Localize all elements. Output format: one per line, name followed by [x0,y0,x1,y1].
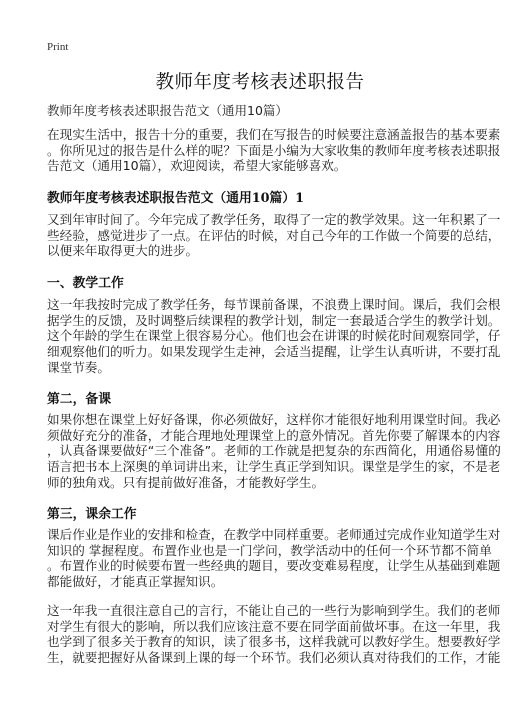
text-line: 些经验，感觉进步了一点。在评估的时候，对自己今年的工作做一个简要的总结， [47,228,475,244]
text-line: 课后作业是作业的安排和检查，在教学中同样重要。老师通过完成作业知道学生对 [47,527,475,543]
text-line: 在现实生活中，报告十分的重要，我们在写报告的时候要注意涵盖报告的基本要素 [47,127,475,143]
text-line: 。你所见过的报告是什么样的呢？下面是小编为大家收集的教师年度考核表述职报 [47,143,475,159]
text-line: 对学生有很大的影响，所以我们应该注意不要在同学面前做坏事。在这一年里，我 [47,619,475,635]
text-line: 又到年审时间了。今年完成了教学任务，取得了一定的教学效果。这一年积累了一 [47,212,475,228]
teaching-paragraph: 这一年我按时完成了教学任务，每节课前备课，不浪费上课时间。课后，我们会根 据学生… [47,297,475,376]
text-line: 也学到了很多关于教育的知识，读了很多书，这样我就可以教好学生。想要教好学 [47,634,475,650]
section-heading-after-class: 第三，课余工作 [47,503,137,522]
opening-paragraph: 又到年审时间了。今年完成了教学任务，取得了一定的教学效果。这一年积累了一 些经验… [47,212,475,259]
text-line: 细观察他们的听力。如果发现学生走神，会适当提醒，让学生认真听讲，不要打乱 [47,344,475,360]
document-subtitle: 教师年度考核表述职报告范文（通用10篇） [47,101,288,119]
page-title: 教师年度考核表述职报告 [0,68,520,94]
article-heading: 教师年度考核表述职报告范文（通用10篇）1 [47,187,304,206]
text-line: 据学生的反馈，及时调整后续课程的教学计划，制定一套最适合学生的教学计划。 [47,313,475,329]
text-line: 如果你想在课堂上好好备课，你必须做好，这样你才能很好地利用课堂时间。我必 [47,412,475,428]
section-heading-lesson-prep: 第二，备课 [47,388,111,407]
text-line: 都能做好，才能真正掌握知识。 [47,574,475,590]
text-line: 课堂节奏。 [47,360,475,376]
conduct-paragraph: 这一年我一直很注意自己的言行，不能让自己的一些行为影响到学生。我们的老师 对学生… [47,603,475,666]
print-label: Print [47,41,68,53]
text-line: 这一年我按时完成了教学任务，每节课前备课，不浪费上课时间。课后，我们会根 [47,297,475,313]
text-line: 这个年龄的学生在课堂上很容易分心。他们也会在讲课的时候花时间观察同学，仔 [47,328,475,344]
section-heading-teaching: 一、教学工作 [47,272,124,291]
text-line: ，认真备课要做好“三个准备”。老师的工作就是把复杂的东西简化，用通俗易懂的 [47,443,475,459]
text-line: 师的独角戏。只有提前做好准备，才能教好学生。 [47,475,475,491]
text-line: 这一年我一直很注意自己的言行，不能让自己的一些行为影响到学生。我们的老师 [47,603,475,619]
after-class-paragraph: 课后作业是作业的安排和检查，在教学中同样重要。老师通过完成作业知道学生对 知识的… [47,527,475,590]
text-line: 生，就要把握好从备课到上课的每一个环节。我们必须认真对待我们的工作，才能 [47,650,475,666]
text-line: 须做好充分的准备，才能合理地处理课堂上的意外情况。首先你要了解课本的内容 [47,428,475,444]
lesson-prep-paragraph: 如果你想在课堂上好好备课，你必须做好，这样你才能很好地利用课堂时间。我必 须做好… [47,412,475,491]
text-line: 知识的 掌握程度。布置作业也是一门学问，教学活动中的任何一个环节都不简单 [47,543,475,559]
intro-paragraph: 在现实生活中，报告十分的重要，我们在写报告的时候要注意涵盖报告的基本要素 。你所… [47,127,475,174]
text-line: 。布置作业的时候要布置一些经典的题目，要改变难易程度，让学生从基础到难题 [47,558,475,574]
text-line: 语言把书本上深奥的单词讲出来，让学生真正学到知识。课堂是学生的家，不是老 [47,459,475,475]
text-line: 以便来年取得更大的进步。 [47,243,475,259]
text-line: 告范文（通用10篇），欢迎阅读，希望大家能够喜欢。 [47,158,475,174]
